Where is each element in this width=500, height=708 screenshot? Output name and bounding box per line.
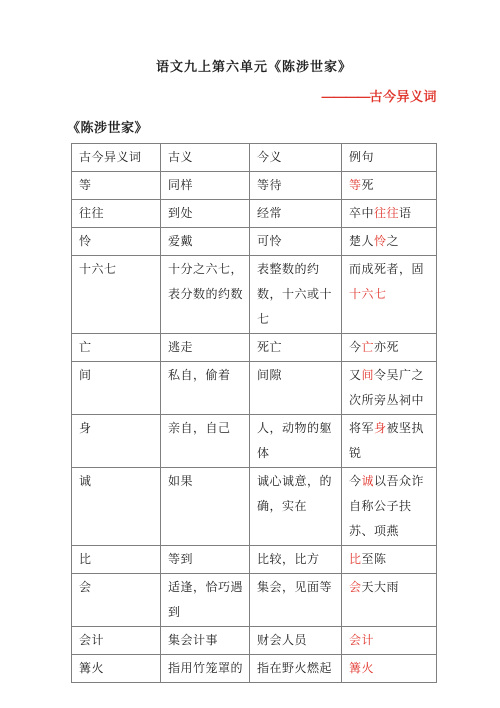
- cell-text: 等: [79, 178, 92, 192]
- table-cell: 身: [72, 415, 161, 468]
- table-cell: 等到: [161, 546, 250, 574]
- highlighted-text: 亡: [362, 340, 375, 354]
- column-header: 古今异义词: [72, 144, 161, 172]
- cell-text: 天大雨: [362, 580, 400, 594]
- table-cell: 比至陈: [342, 546, 437, 574]
- cell-text: 十六七: [79, 262, 117, 276]
- table-cell: 今诚以吾众诈自称公子扶苏、项燕: [342, 468, 437, 546]
- cell-text: 间隙: [257, 368, 282, 382]
- table-cell: 诚心诚意，的确，实在: [250, 468, 342, 546]
- cell-text: 诚心诚意，的确，实在: [257, 474, 332, 513]
- cell-text: 财会人员: [257, 633, 307, 647]
- subtitle-dashes: ————: [321, 89, 369, 104]
- cell-text: 今: [349, 474, 362, 488]
- table-cell: 指在野火燃起: [250, 655, 342, 683]
- table-cell: 私自，偷着: [161, 362, 250, 415]
- section-heading: 《陈涉世家》: [67, 120, 437, 136]
- cell-text: 十分之六七，表分数的约数: [168, 262, 243, 301]
- table-cell: 卒中往往语: [342, 200, 437, 228]
- cell-text: 亦死: [374, 340, 399, 354]
- table-cell: 篝火: [72, 655, 161, 683]
- cell-text: 等到: [168, 552, 193, 566]
- table-cell: 亡: [72, 334, 161, 362]
- table-cell: 等待: [250, 172, 342, 200]
- cell-text: 比: [79, 552, 92, 566]
- table-cell: 往往: [72, 200, 161, 228]
- table-cell: 等: [72, 172, 161, 200]
- table-cell: 比: [72, 546, 161, 574]
- table-cell: 人，动物的躯体: [250, 415, 342, 468]
- column-header: 古义: [161, 144, 250, 172]
- highlighted-text: 十六七: [349, 287, 387, 301]
- table-row: 间私自，偷着间隙又间令吴广之次所旁丛祠中: [72, 362, 437, 415]
- highlighted-text: 比: [349, 552, 362, 566]
- table-cell: 经常: [250, 200, 342, 228]
- table-row: 会计集会计事财会人员会计: [72, 627, 437, 655]
- cell-text: 间: [79, 368, 92, 382]
- highlighted-text: 篝火: [349, 661, 374, 675]
- table-cell: 会: [72, 574, 161, 627]
- cell-text: 等待: [257, 178, 282, 192]
- cell-text: 爱戴: [168, 234, 193, 248]
- cell-text: 死: [362, 178, 375, 192]
- table-cell: 如果: [161, 468, 250, 546]
- cell-text: 经常: [257, 206, 282, 220]
- table-row: 怜爱戴可怜楚人怜之: [72, 228, 437, 256]
- table-cell: 死亡: [250, 334, 342, 362]
- table-cell: 亲自，自己: [161, 415, 250, 468]
- table-cell: 诚: [72, 468, 161, 546]
- cell-text: 卒中: [349, 206, 374, 220]
- table-cell: 十分之六七，表分数的约数: [161, 256, 250, 334]
- table-cell: 间隙: [250, 362, 342, 415]
- table-cell: 指用竹笼罩的: [161, 655, 250, 683]
- table-cell: 而成死者，固十六七: [342, 256, 437, 334]
- vocab-table-head: 古今异义词古义今义例句: [72, 144, 437, 172]
- page-title: 语文九上第六单元《陈涉世家》: [71, 58, 437, 76]
- table-row: 亡逃走死亡今亡亦死: [72, 334, 437, 362]
- table-row: 十六七十分之六七，表分数的约数表整数的约数，十六或十七而成死者，固十六七: [72, 256, 437, 334]
- cell-text: 会计: [79, 633, 104, 647]
- cell-text: 适逢，恰巧遇到: [168, 580, 243, 619]
- column-header: 今义: [250, 144, 342, 172]
- cell-text: 至陈: [362, 552, 387, 566]
- cell-text: 而成死者，固: [349, 262, 424, 276]
- cell-text: 比较，比方: [257, 552, 320, 566]
- table-cell: 会天大雨: [342, 574, 437, 627]
- cell-text: 怜: [79, 234, 92, 248]
- cell-text: 语: [399, 206, 412, 220]
- table-cell: 财会人员: [250, 627, 342, 655]
- cell-text: 死亡: [257, 340, 282, 354]
- table-cell: 将军身被坚执锐: [342, 415, 437, 468]
- table-row: 比等到比较，比方比至陈: [72, 546, 437, 574]
- table-cell: 到处: [161, 200, 250, 228]
- cell-text: 将军: [349, 421, 374, 435]
- table-cell: 比较，比方: [250, 546, 342, 574]
- cell-text: 私自，偷着: [168, 368, 231, 382]
- table-cell: 表整数的约数，十六或十七: [250, 256, 342, 334]
- cell-text: 今: [349, 340, 362, 354]
- table-cell: 等死: [342, 172, 437, 200]
- column-header: 例句: [342, 144, 437, 172]
- highlighted-text: 会计: [349, 633, 374, 647]
- cell-text: 又: [349, 368, 362, 382]
- table-cell: 集会计事: [161, 627, 250, 655]
- table-row: 篝火指用竹笼罩的指在野火燃起篝火: [72, 655, 437, 683]
- subtitle-line: ————古今异义词: [71, 88, 437, 105]
- table-row: 会适逢，恰巧遇到集会，见面等会天大雨: [72, 574, 437, 627]
- table-cell: 又间令吴广之次所旁丛祠中: [342, 362, 437, 415]
- table-row: 诚如果诚心诚意，的确，实在今诚以吾众诈自称公子扶苏、项燕: [72, 468, 437, 546]
- highlighted-text: 间: [362, 368, 375, 382]
- cell-text: 如果: [168, 474, 193, 488]
- table-cell: 怜: [72, 228, 161, 256]
- table-cell: 爱戴: [161, 228, 250, 256]
- table-cell: 楚人怜之: [342, 228, 437, 256]
- cell-text: 可怜: [257, 234, 282, 248]
- document-page: 语文九上第六单元《陈涉世家》 ————古今异义词 《陈涉世家》 古今异义词古义今…: [71, 0, 437, 683]
- highlighted-text: 等: [349, 178, 362, 192]
- cell-text: 指用竹笼罩的: [168, 661, 243, 675]
- cell-text: 集会计事: [168, 633, 218, 647]
- cell-text: 篝火: [79, 661, 104, 675]
- table-cell: 逃走: [161, 334, 250, 362]
- table-cell: 间: [72, 362, 161, 415]
- cell-text: 亲自，自己: [168, 421, 231, 435]
- table-cell: 可怜: [250, 228, 342, 256]
- vocab-table: 古今异义词古义今义例句 等同样等待等死往往到处经常卒中往往语怜爱戴可怜楚人怜之十…: [71, 143, 437, 683]
- cell-text: 诚: [79, 474, 92, 488]
- table-cell: 篝火: [342, 655, 437, 683]
- cell-text: 人，动物的躯体: [257, 421, 332, 460]
- cell-text: 之: [387, 234, 400, 248]
- table-cell: 适逢，恰巧遇到: [161, 574, 250, 627]
- table-cell: 十六七: [72, 256, 161, 334]
- cell-text: 逃走: [168, 340, 193, 354]
- highlighted-text: 往往: [374, 206, 399, 220]
- cell-text: 亡: [79, 340, 92, 354]
- table-cell: 会计: [342, 627, 437, 655]
- table-row: 等同样等待等死: [72, 172, 437, 200]
- highlighted-text: 怜: [374, 234, 387, 248]
- cell-text: 指在野火燃起: [257, 661, 332, 675]
- vocab-table-body: 等同样等待等死往往到处经常卒中往往语怜爱戴可怜楚人怜之十六七十分之六七，表分数的…: [72, 172, 437, 683]
- subtitle-label: 古今异义词: [369, 89, 437, 104]
- cell-text: 会: [79, 580, 92, 594]
- cell-text: 集会，见面等: [257, 580, 332, 594]
- cell-text: 同样: [168, 178, 193, 192]
- cell-text: 往往: [79, 206, 104, 220]
- table-cell: 集会，见面等: [250, 574, 342, 627]
- header-row: 古今异义词古义今义例句: [72, 144, 437, 172]
- table-row: 身亲自，自己人，动物的躯体将军身被坚执锐: [72, 415, 437, 468]
- table-cell: 会计: [72, 627, 161, 655]
- highlighted-text: 诚: [362, 474, 375, 488]
- cell-text: 楚人: [349, 234, 374, 248]
- highlighted-text: 身: [374, 421, 387, 435]
- table-cell: 同样: [161, 172, 250, 200]
- cell-text: 表整数的约数，十六或十七: [257, 262, 332, 326]
- table-cell: 今亡亦死: [342, 334, 437, 362]
- highlighted-text: 会: [349, 580, 362, 594]
- table-row: 往往到处经常卒中往往语: [72, 200, 437, 228]
- cell-text: 身: [79, 421, 92, 435]
- cell-text: 到处: [168, 206, 193, 220]
